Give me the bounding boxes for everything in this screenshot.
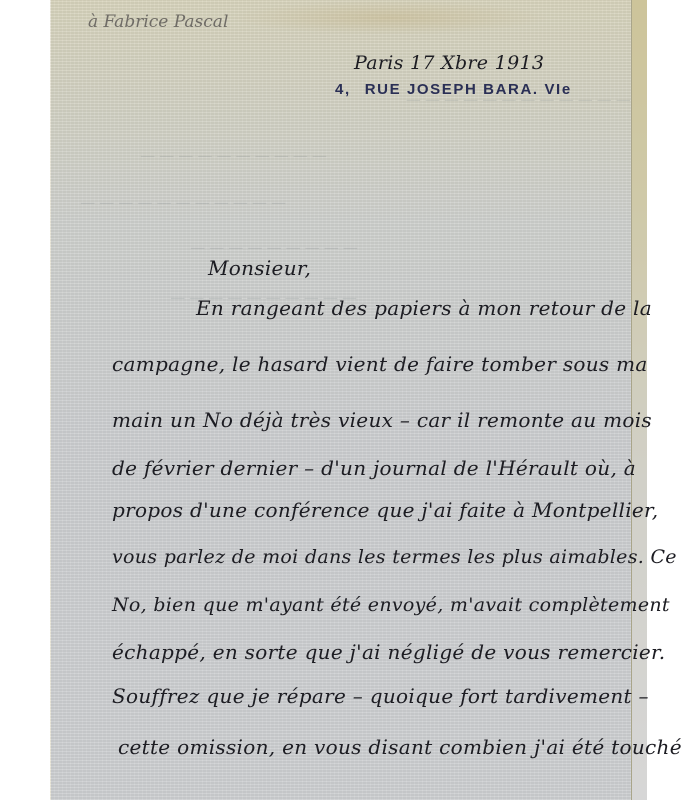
bleed-through-line: — — — — — — — — — — [190, 240, 357, 257]
paper-fold-edge — [631, 0, 647, 800]
body-line: Souffrez que je répare – quoique fort ta… — [112, 684, 649, 708]
body-line: campagne, le hasard vient de faire tombe… — [112, 352, 648, 376]
date-line: Paris 17 Xbre 1913 — [354, 52, 544, 74]
paper-stain — [230, 0, 550, 35]
body-line: vous parlez de moi dans les termes les p… — [112, 546, 677, 568]
letterhead-street: RUE JOSEPH BARA. VIe — [365, 81, 572, 98]
bleed-through-line: — — — — — — — — — — — [140, 148, 326, 165]
letterhead-number: 4, — [335, 81, 351, 98]
body-line: de février dernier – d'un journal de l'H… — [112, 456, 636, 480]
salutation: Monsieur, — [208, 256, 311, 280]
letterhead-address: 4,RUE JOSEPH BARA. VIe — [335, 81, 572, 98]
body-line: main un No déjà très vieux – car il remo… — [112, 408, 652, 432]
letter-paper: — — — — — — — — — — — — — — — — — — — — … — [50, 0, 647, 800]
body-line: propos d'une conférence que j'ai faite à… — [112, 498, 658, 522]
pencil-annotation: à Fabrice Pascal — [88, 12, 228, 32]
body-line: échappé, en sorte que j'ai négligé de vo… — [112, 640, 665, 664]
bleed-through-line: — — — — — — — — — — — — [80, 195, 285, 212]
body-line: No, bien que m'ayant été envoyé, m'avait… — [112, 594, 670, 616]
body-line: cette omission, en vous disant combien j… — [118, 735, 682, 759]
body-line: En rangeant des papiers à mon retour de … — [196, 296, 652, 320]
